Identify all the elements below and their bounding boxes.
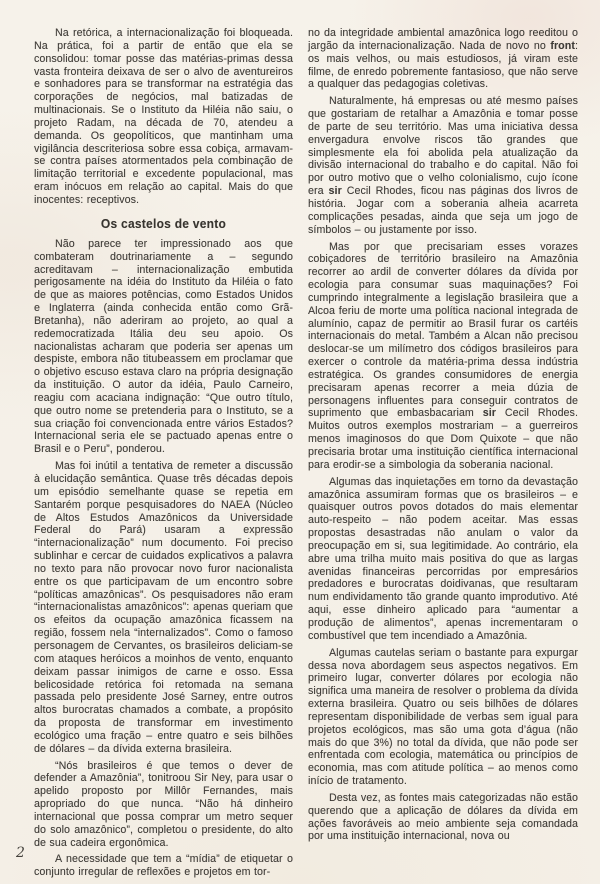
section-heading: Os castelos de vento <box>44 216 282 231</box>
paragraph: Algumas cautelas seriam o bastante para … <box>308 647 578 788</box>
paragraph: Mas foi inútil a tentativa de remeter a … <box>34 460 293 755</box>
right-column: no da integridade ambiental amazônica lo… <box>308 27 578 883</box>
text-columns: Na retórica, a internacionalização foi b… <box>34 27 578 883</box>
paragraph: no da integridade ambiental amazônica lo… <box>308 27 578 91</box>
paragraph: Algumas das inquietações em torno da dev… <box>308 476 578 643</box>
paragraph: Desta vez, as fontes mais categorizadas … <box>308 792 578 843</box>
page-number: 2 <box>16 845 25 861</box>
paragraph: Mas por que precisariam esses vorazes co… <box>308 241 578 472</box>
paragraph: Não parece ter impressionado aos que com… <box>34 238 293 456</box>
paragraph: “Nós brasileiros é que temos o dever de … <box>34 760 293 850</box>
paragraph: Naturalmente, há empresas ou até mesmo p… <box>308 95 578 236</box>
left-column: Na retórica, a internacionalização foi b… <box>34 27 293 883</box>
paragraph: Na retórica, a internacionalização foi b… <box>34 27 293 207</box>
paragraph: A necessidade que tem a “mídia” de etiqu… <box>34 853 293 879</box>
document-page: Na retórica, a internacionalização foi b… <box>0 0 600 884</box>
